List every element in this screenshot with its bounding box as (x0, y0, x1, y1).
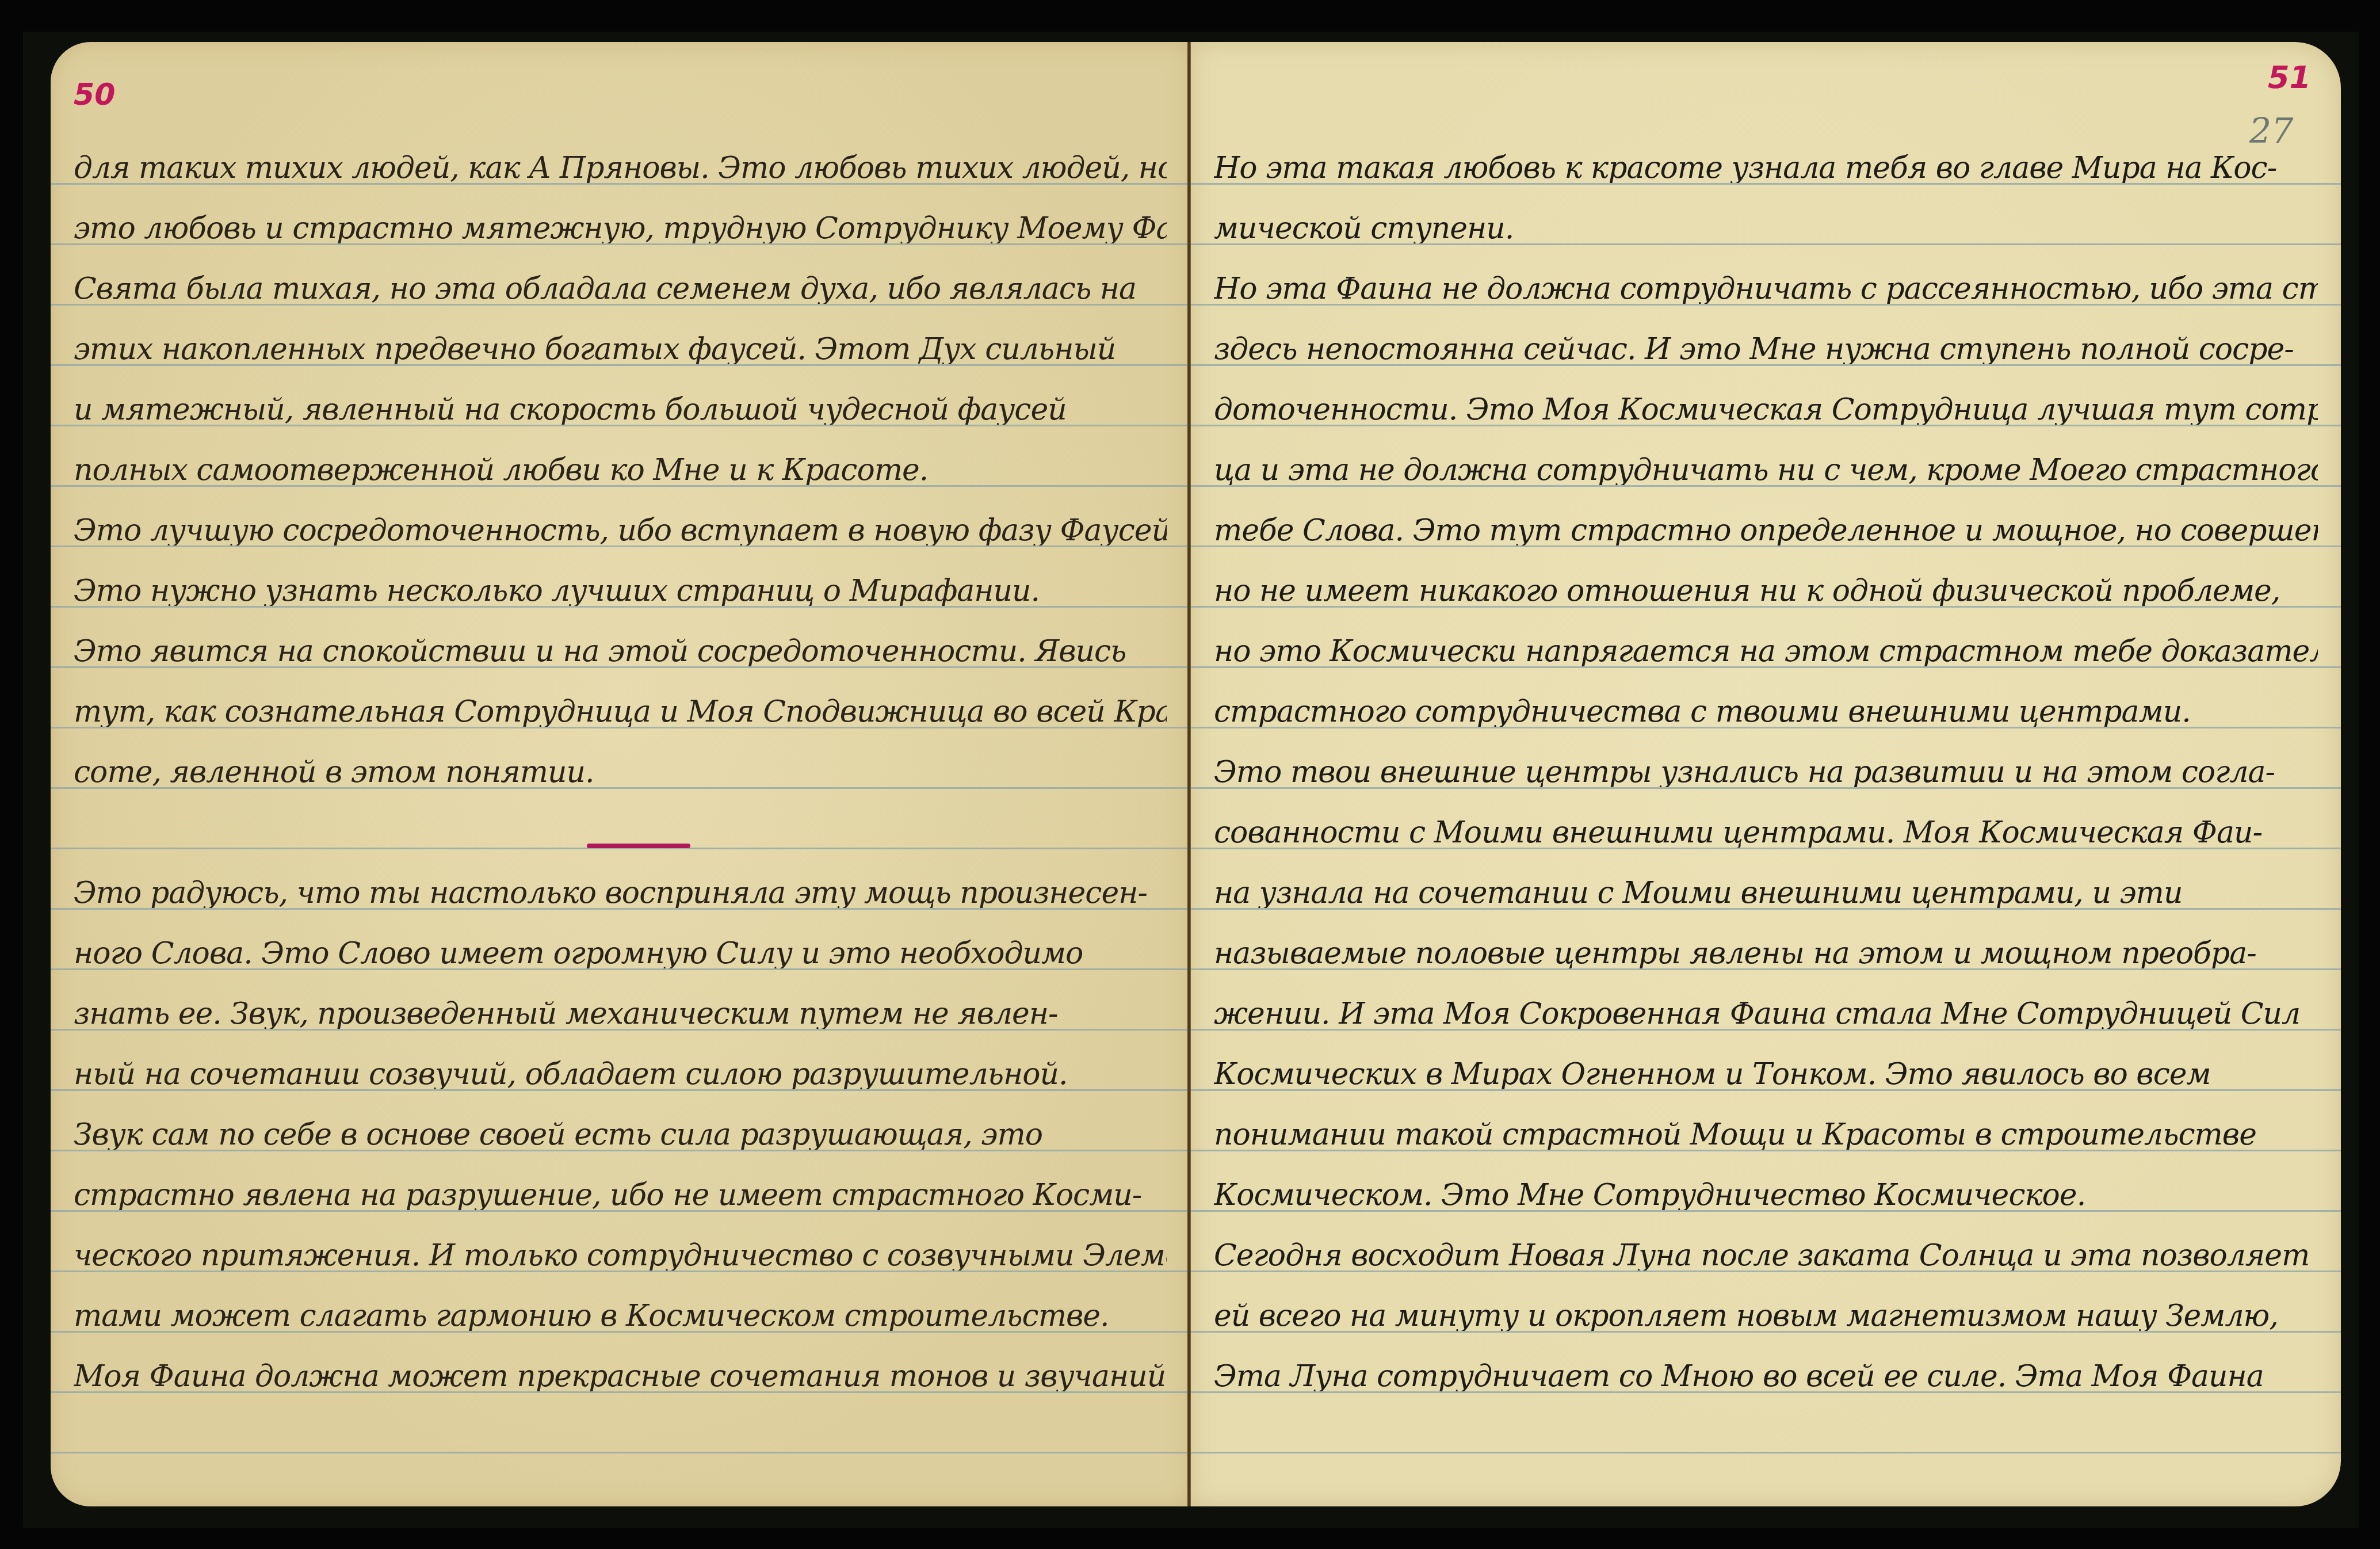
ruled-line (51, 968, 1190, 970)
ruled-line (51, 1452, 1190, 1453)
manuscript-line: понимании такой страстной Мощи и Красоты… (1214, 1120, 2318, 1150)
manuscript-line: это любовь и страстно мятежную, трудную … (74, 213, 1167, 243)
ruled-line (51, 183, 1190, 185)
manuscript-line: знать ее. Звук, произведенный механическ… (74, 999, 1167, 1029)
ruled-line (1191, 545, 2341, 547)
manuscript-line: соте, явленной в этом понятии. (74, 757, 1167, 787)
manuscript-line: тебе Слова. Это тут страстно определенно… (1214, 516, 2318, 545)
ruled-line (1191, 666, 2341, 668)
ruled-line (51, 727, 1190, 728)
manuscript-line: Но эта Фаина не должна сотрудничать с ра… (1214, 274, 2318, 304)
pencil-page-number: 27 (2249, 111, 2293, 151)
manuscript-line: Но эта такая любовь к красоте узнала теб… (1214, 153, 2318, 183)
left-page: 50 для таких тихих людей, как А Пряновы.… (51, 42, 1190, 1506)
ruled-line (51, 485, 1190, 487)
manuscript-line: Звук сам по себе в основе своей есть сил… (74, 1120, 1167, 1150)
ruled-line (51, 243, 1190, 245)
manuscript-line: сованности с Моими внешними центрами. Мо… (1214, 818, 2318, 848)
ruled-line (1191, 1150, 2341, 1151)
manuscript-line: ный на сочетании созвучий, обладает сило… (74, 1059, 1167, 1089)
manuscript-line: Это лучшую сосредоточенность, ибо вступа… (74, 516, 1167, 545)
manuscript-line: страстно явлена на разрушение, ибо не им… (74, 1180, 1167, 1210)
ruled-line (1191, 1210, 2341, 1212)
ruled-line (51, 1271, 1190, 1272)
ruled-line (1191, 908, 2341, 910)
manuscript-line: ческого притяжения. И только сотрудничес… (74, 1241, 1167, 1271)
manuscript-line: ей всего на минуту и окропляет новым маг… (1214, 1301, 2318, 1331)
ruled-line (1191, 848, 2341, 849)
ruled-line (1191, 727, 2341, 728)
ruled-line (1191, 968, 2341, 970)
manuscript-line: мической ступени. (1214, 213, 2318, 243)
manuscript-line: страстного сотрудничества с твоими внешн… (1214, 697, 2318, 727)
ruled-line (51, 666, 1190, 668)
ruled-line (1191, 485, 2341, 487)
ruled-line (1191, 1391, 2341, 1393)
manuscript-line: Космическом. Это Мне Сотрудничество Косм… (1214, 1180, 2318, 1210)
manuscript-line: называемые половые центры явлены на этом… (1214, 938, 2318, 968)
manuscript-line: Эта Луна сотрудничает со Мною во всей ее… (1214, 1361, 2318, 1391)
ruled-line (51, 545, 1190, 547)
ruled-line (1191, 1029, 2341, 1031)
ruled-line (1191, 243, 2341, 245)
manuscript-line: Свята была тихая, но эта обладала семене… (74, 274, 1167, 304)
ruled-line (51, 606, 1190, 608)
manuscript-line: Моя Фаина должна может прекрасные сочета… (74, 1361, 1167, 1391)
manuscript-line: на узнала на сочетании с Моими внешними … (1214, 878, 2318, 908)
right-page: 51 27 Но эта такая любовь к красоте узна… (1191, 42, 2341, 1506)
folio-stamp-left: 50 (74, 78, 115, 112)
manuscript-line: для таких тихих людей, как А Пряновы. Эт… (74, 153, 1167, 183)
ruled-line (1191, 1452, 2341, 1453)
ruled-line (1191, 1331, 2341, 1333)
manuscript-line: Это радуюсь, что ты настолько восприняла… (74, 878, 1167, 908)
manuscript-line: и мятежный, явленный на скорость большой… (74, 395, 1167, 425)
ruled-line (51, 364, 1190, 366)
manuscript-line: Это явится на спокойствии и на этой соср… (74, 636, 1167, 666)
folio-stamp-right: 51 (2268, 59, 2311, 96)
manuscript-line: тами может слагать гармонию в Космическо… (74, 1301, 1167, 1331)
manuscript-line: но это Космически напрягается на этом ст… (1214, 636, 2318, 666)
ruled-line (51, 787, 1190, 789)
ruled-line (51, 1331, 1190, 1333)
ruled-line (1191, 787, 2341, 789)
ruled-line (1191, 304, 2341, 306)
ruled-line (51, 1391, 1190, 1393)
manuscript-line: доточенности. Это Моя Космическая Сотруд… (1214, 395, 2318, 425)
manuscript-line: но не имеет никакого отношения ни к одно… (1214, 576, 2318, 606)
manuscript-line: ного Слова. Это Слово имеет огромную Сил… (74, 938, 1167, 968)
ruled-line (1191, 1271, 2341, 1272)
manuscript-line: тут, как сознательная Сотрудница и Моя С… (74, 697, 1167, 727)
manuscript-line: Космических в Мирах Огненном и Тонком. Э… (1214, 1059, 2318, 1089)
section-divider-mark (587, 844, 690, 848)
ruled-line (51, 908, 1190, 910)
manuscript-line: жении. И эта Моя Сокровенная Фаина стала… (1214, 999, 2318, 1029)
ruled-line (51, 1089, 1190, 1091)
ruled-line (1191, 183, 2341, 185)
ruled-line (1191, 364, 2341, 366)
ruled-line (51, 1029, 1190, 1031)
ruled-line (51, 304, 1190, 306)
manuscript-line: этих накопленных предвечно богатых фаусе… (74, 334, 1167, 364)
manuscript-line: ца и эта не должна сотрудничать ни с чем… (1214, 455, 2318, 485)
manuscript-line: Это твои внешние центры узнались на разв… (1214, 757, 2318, 787)
ruled-line (1191, 606, 2341, 608)
ruled-line (51, 1150, 1190, 1151)
ruled-line (1191, 1089, 2341, 1091)
ruled-line (51, 1210, 1190, 1212)
ruled-line (51, 425, 1190, 426)
ruled-line (1191, 425, 2341, 426)
manuscript-line: Сегодня восходит Новая Луна после заката… (1214, 1241, 2318, 1271)
manuscript-line: полных самоотверженной любви ко Мне и к … (74, 455, 1167, 485)
manuscript-line: Это нужно узнать несколько лучших страни… (74, 576, 1167, 606)
manuscript-line: здесь непостоянна сейчас. И это Мне нужн… (1214, 334, 2318, 364)
